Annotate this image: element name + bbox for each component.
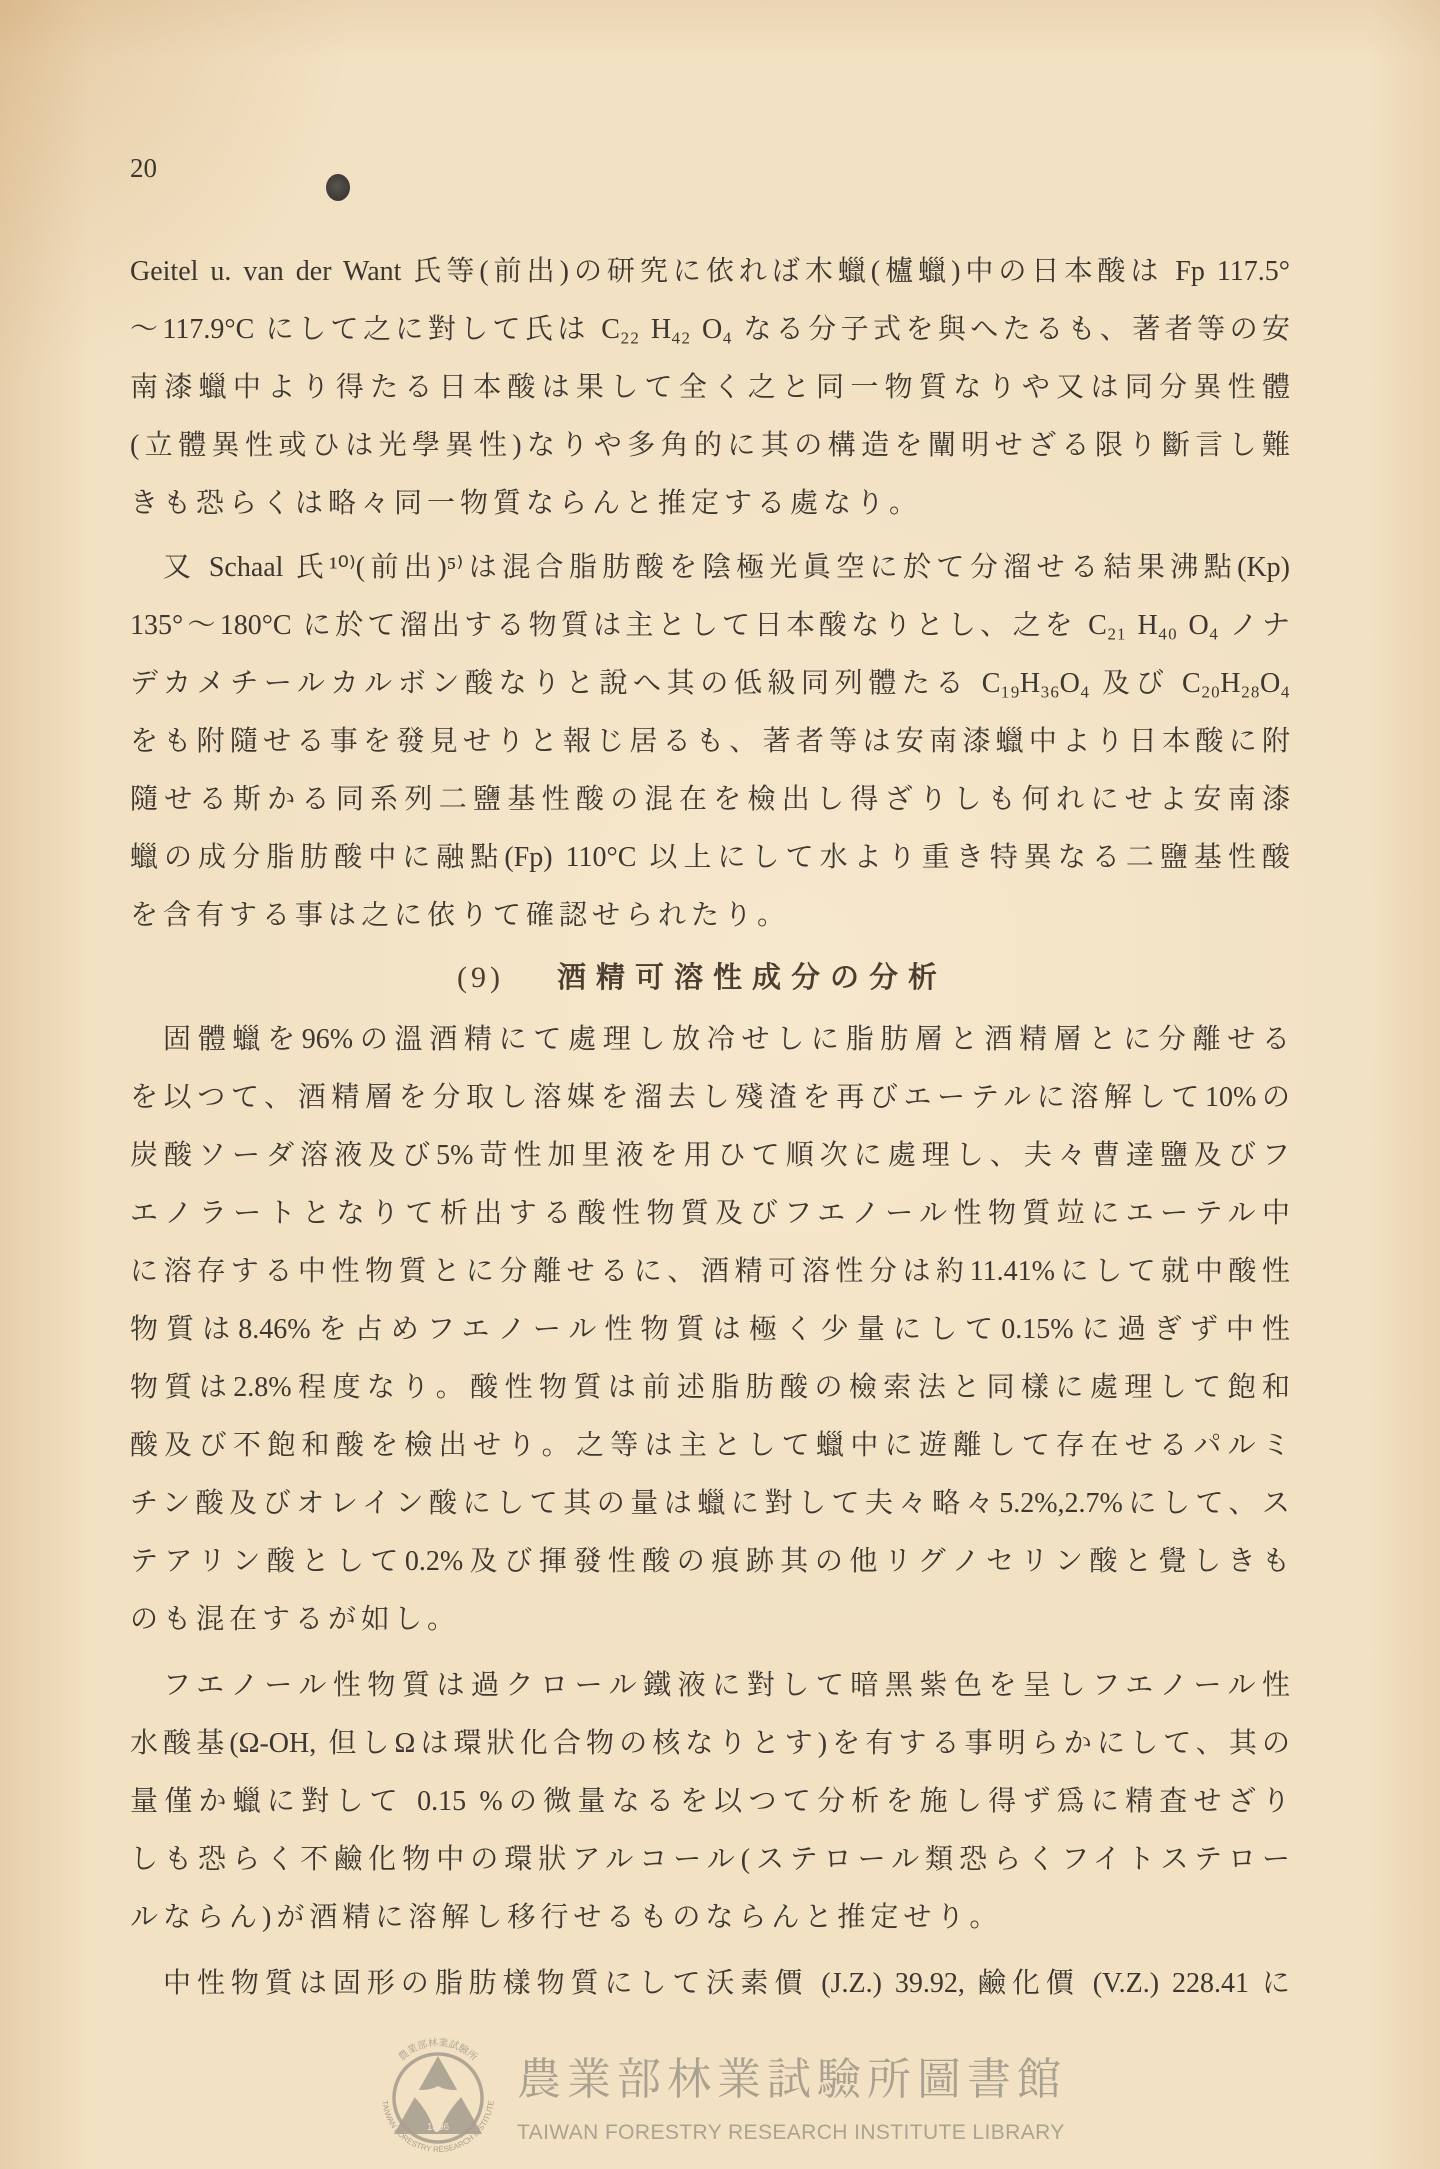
section-title: 酒精可溶性成分の分析 — [557, 960, 947, 994]
text-line: Geitel u. van der Want 氏等(前出)の研究に依れば木蠟(櫨… — [130, 243, 1290, 301]
section-number: (9) — [457, 946, 557, 1010]
page-number: 20 — [130, 152, 157, 184]
paragraph-5: 中性物質は固形の脂肪樣物質にして沃素價 (J.Z.) 39.92, 鹼化價 (V… — [130, 1955, 1290, 2013]
text-line: 隨せる斯かる同系列二鹽基性酸の混在を檢出し得ざりしも何れにせよ安南漆 — [130, 771, 1290, 829]
paragraph-4: フエノール性物質は過クロール鐵液に對して暗黑紫色を呈しフエノール性 水酸基(Ω-… — [130, 1657, 1290, 1947]
text-line: 又 Schaal 氏¹⁰⁾(前出)⁵⁾は混合脂肪酸を陰極光眞空に於て分溜せる結果… — [130, 539, 1290, 597]
text-line: テアリン酸として0.2%及び揮發性酸の痕跡其の他リグノセリン酸と覺しきも — [130, 1533, 1290, 1591]
logo-year: 1896 — [427, 2122, 450, 2133]
text-line: を以つて、酒精層を分取し溶媒を溜去し殘渣を再びエーテルに溶解して10%の — [130, 1069, 1290, 1127]
library-logo-icon: 農業部林業試驗所 TAIWAN FORESTRY RESEARCH INSTIT… — [372, 2030, 504, 2162]
text-line: 蠟の成分脂肪酸中に融點(Fp) 110°C 以上にして水より重き特異なる二鹽基性… — [130, 829, 1290, 887]
text-line: (立體異性或ひは光學異性)なりや多角的に其の構造を闡明せざる限り斷言し難 — [130, 417, 1290, 475]
text-line: を含有する事は之に依りて確認せられたり。 — [130, 887, 1290, 945]
text-line: ～117.9°C にして之に對して氏は C₂₂ H₄₂ O₄ なる分子式を與へた… — [130, 301, 1290, 359]
text-line: 量僅か蠟に對して 0.15 %の微量なるを以つて分析を施し得ず爲に精査せざり — [130, 1773, 1290, 1831]
text-line: チン酸及びオレイン酸にして其の量は蠟に對して夫々略々5.2%,2.7%にして、ス — [130, 1475, 1290, 1533]
text-line: 南漆蠟中より得たる日本酸は果して全く之と同一物質なりや又は同分異性體 — [130, 359, 1290, 417]
text-line: をも附隨せる事を發見せりと報じ居るも、著者等は安南漆蠟中より日本酸に附 — [130, 713, 1290, 771]
text-line: 固體蠟を96%の溫酒精にて處理し放冷せしに脂肪層と酒精層とに分離せる — [130, 1011, 1290, 1069]
body-text: Geitel u. van der Want 氏等(前出)の研究に依れば木蠟(櫨… — [130, 243, 1290, 2013]
text-line: 135°～180°C に於て溜出する物質は主として日本酸なりとし、之を C₂₁ … — [130, 597, 1290, 655]
paragraph-1: Geitel u. van der Want 氏等(前出)の研究に依れば木蠟(櫨… — [130, 243, 1290, 533]
text-line: 水酸基(Ω-OH, 但しΩは環狀化合物の核なりとす)を有する事明らかにして、其の — [130, 1715, 1290, 1773]
text-line: しも恐らく不鹼化物中の環狀アルコール(ステロール類恐らくフイトステロー — [130, 1831, 1290, 1889]
text-line: 物質は8.46%を占めフエノール性物質は極く少量にして0.15%に過ぎず中性 — [130, 1301, 1290, 1359]
text-line: デカメチールカルボン酸なりと說へ其の低級同列體たる C₁₉H₃₆O₄ 及び C₂… — [130, 655, 1290, 713]
ink-spot — [326, 174, 350, 201]
text-line: 酸及び不飽和酸を檢出せり。之等は主として蠟中に遊離して存在せるパルミ — [130, 1417, 1290, 1475]
paragraph-3: 固體蠟を96%の溫酒精にて處理し放冷せしに脂肪層と酒精層とに分離せる を以つて、… — [130, 1011, 1290, 1649]
text-line: ルならん)が酒精に溶解し移行せるものならんと推定せり。 — [130, 1889, 1290, 1947]
watermark-title-en: TAIWAN FORESTRY RESEARCH INSTITUTE LIBRA… — [517, 2119, 1065, 2147]
text-line: 中性物質は固形の脂肪樣物質にして沃素價 (J.Z.) 39.92, 鹼化價 (V… — [130, 1955, 1290, 2013]
text-line: 物質は2.8%程度なり。酸性物質は前述脂肪酸の檢索法と同樣に處理して飽和 — [130, 1359, 1290, 1417]
paragraph-2: 又 Schaal 氏¹⁰⁾(前出)⁵⁾は混合脂肪酸を陰極光眞空に於て分溜せる結果… — [130, 539, 1290, 945]
document-page: 20 Geitel u. van der Want 氏等(前出)の研究に依れば木… — [0, 0, 1440, 2169]
text-line: 炭酸ソーダ溶液及び5%苛性加里液を用ひて順次に處理し、夫々曹達鹽及びフ — [130, 1127, 1290, 1185]
text-line: エノラートとなりて析出する酸性物質及びフエノール性物質竝にエーテル中 — [130, 1185, 1290, 1243]
text-line: のも混在するが如し。 — [130, 1591, 1290, 1649]
section-heading: (9)酒精可溶性成分の分析 — [130, 945, 1290, 1009]
watermark-title-zh: 農業部林業試驗所圖書館 — [517, 2052, 1067, 2108]
text-line: きも恐らくは略々同一物質ならんと推定する處なり。 — [130, 475, 1290, 533]
text-line: に溶存する中性物質とに分離せるに、酒精可溶性分は約11.41%にして就中酸性 — [130, 1243, 1290, 1301]
text-line: フエノール性物質は過クロール鐵液に對して暗黑紫色を呈しフエノール性 — [130, 1657, 1290, 1715]
